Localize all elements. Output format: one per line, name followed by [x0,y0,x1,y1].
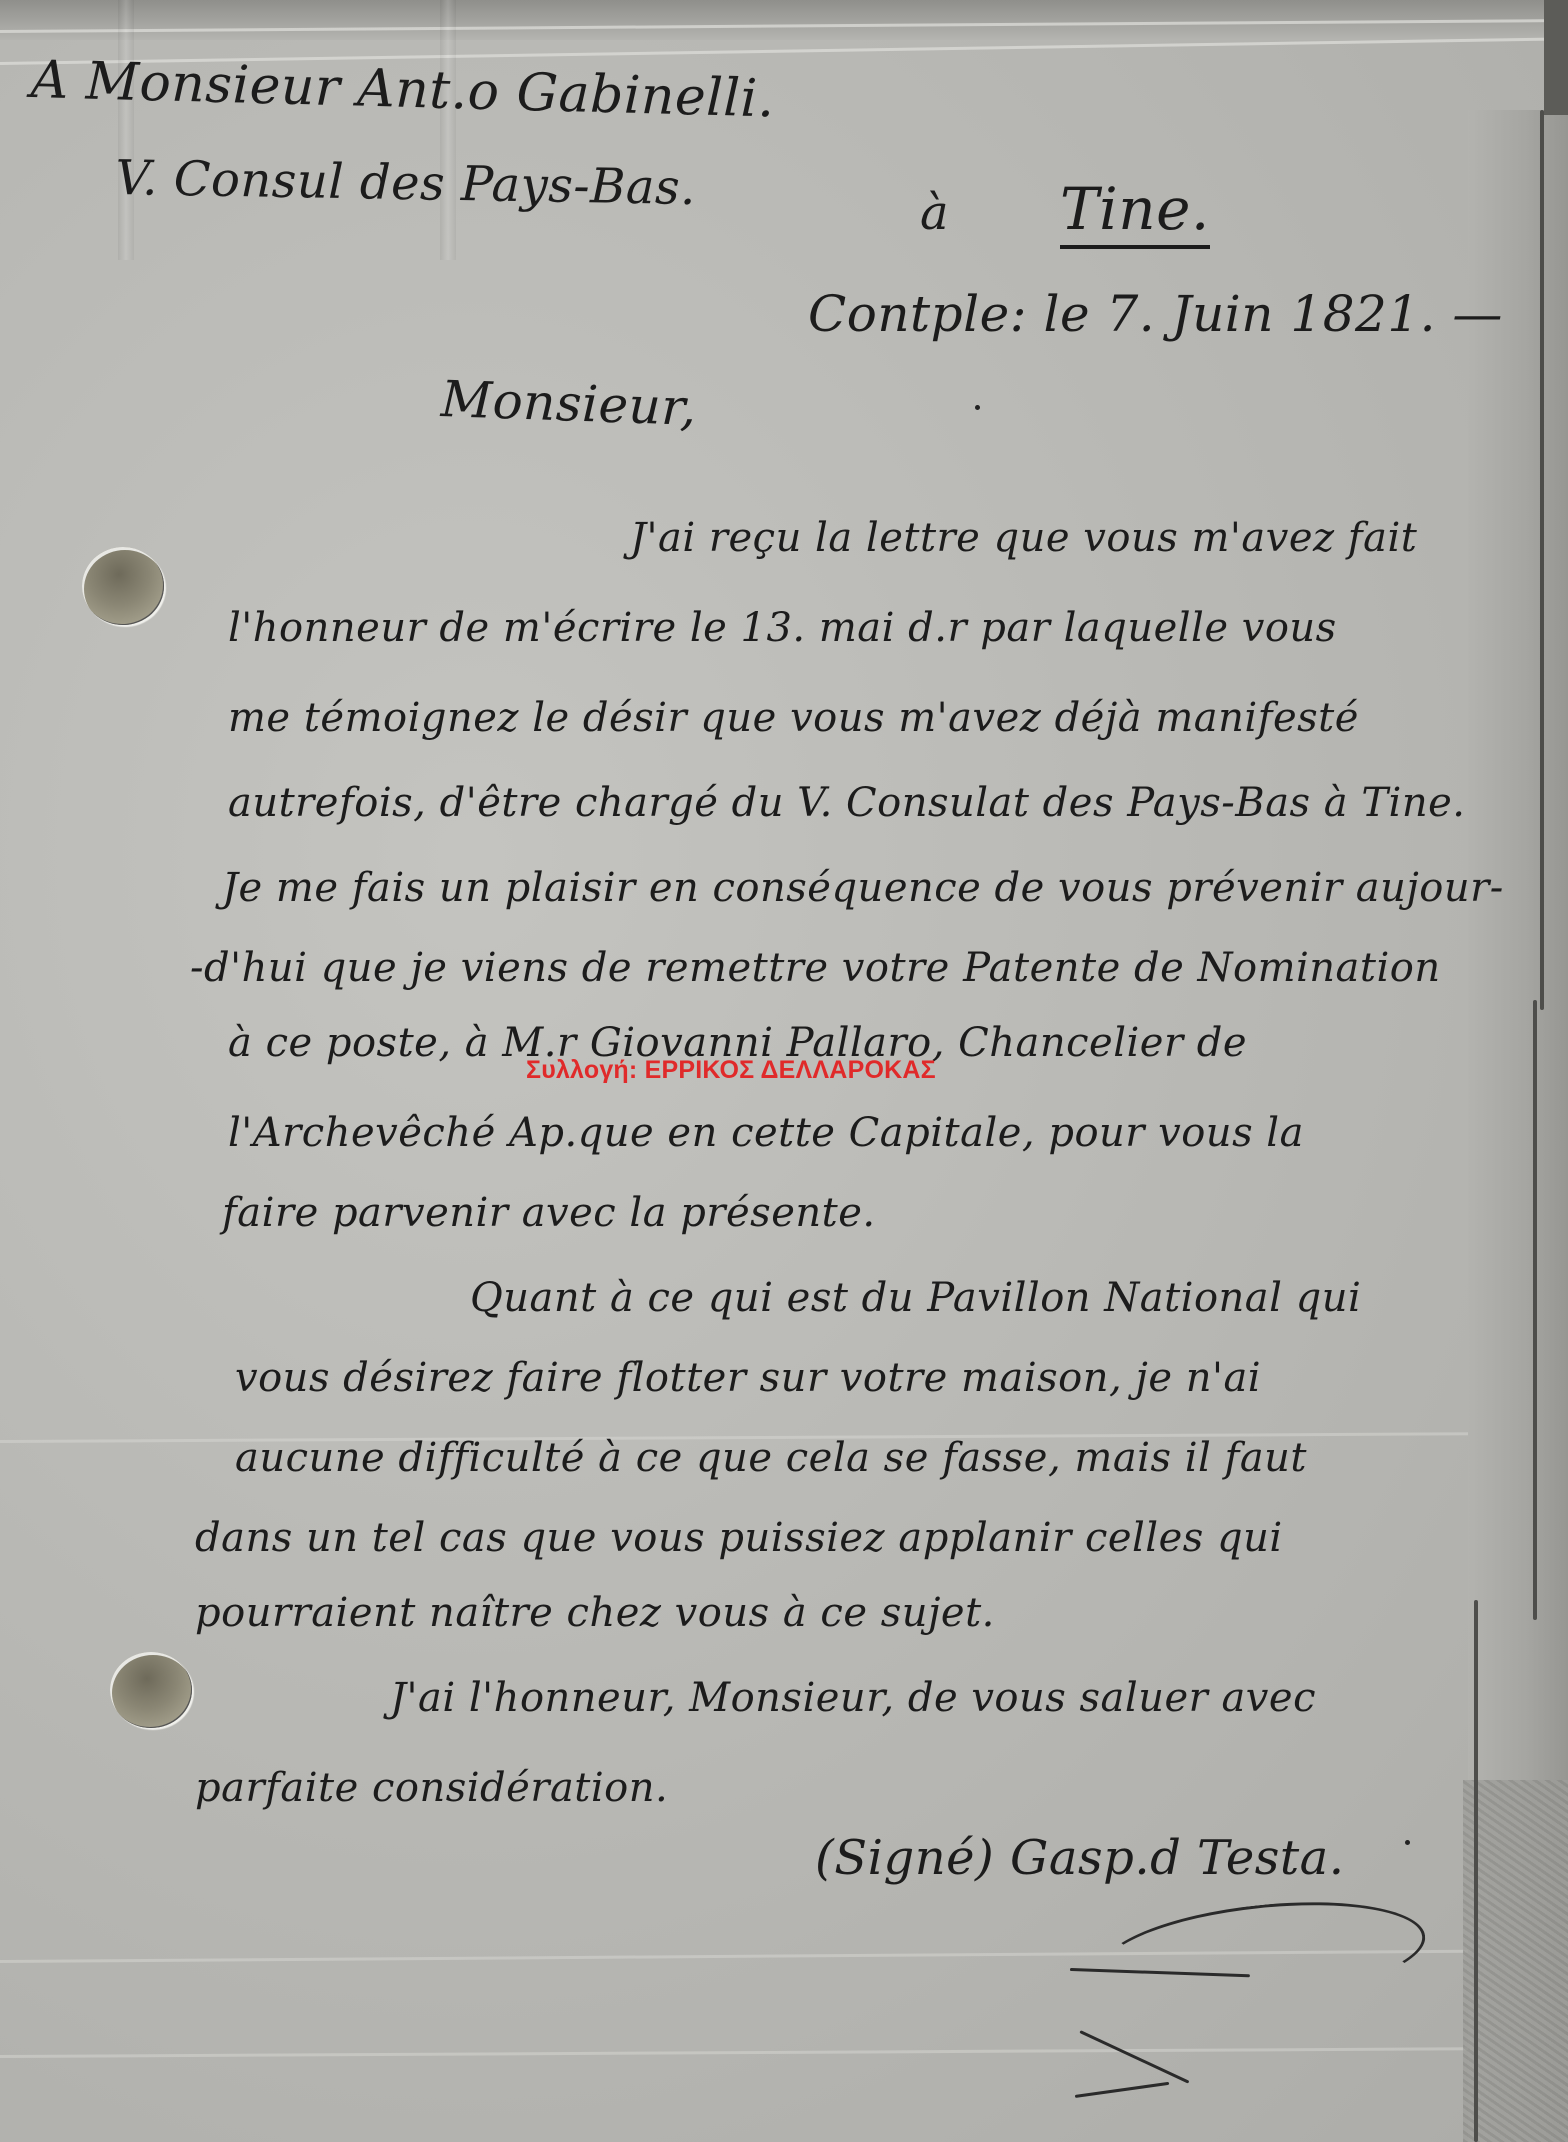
dateline: Contple: le 7. Juin 1821. — [808,285,1503,343]
ink-speck [1405,1840,1410,1845]
body-line: aucune difficulté à ce que cela se fasse… [235,1435,1307,1481]
destination-city: Tine. [1060,175,1210,249]
vertical-crease [440,0,456,260]
punch-hole-bottom [110,1652,192,1728]
ink-speck [975,405,980,410]
top-right-dark-corner [1544,0,1568,115]
closing-line: J'ai l'honneur, Monsieur, de vous saluer… [390,1675,1316,1721]
collection-watermark: Συλλογή: ΕΡΡΙΚΟΣ ΔΕΛΛΑΡΟΚΑΣ [526,1056,936,1085]
body-line: l'Archevêché Ap.que en cette Capitale, p… [228,1110,1304,1156]
address-line-2: V. Consul des Pays-Bas. [115,150,696,216]
page-edge [1533,1000,1537,1620]
closing-line: parfaite considération. [195,1765,668,1811]
vertical-crease [118,0,134,260]
body-line: vous désirez faire flotter sur votre mai… [235,1355,1261,1401]
body-line: Quant à ce qui est du Pavillon National … [470,1275,1361,1321]
body-line: me témoignez le désir que vous m'avez dé… [228,695,1359,741]
body-line: -d'hui que je viens de remettre votre Pa… [190,945,1441,991]
salutation: Monsieur, [440,370,698,437]
right-page-shadow [1463,1780,1568,2142]
page-edge [1540,110,1544,1010]
body-line: autrefois, d'être chargé du V. Consulat … [228,780,1465,826]
destination-prefix: à [920,185,949,241]
punch-hole-top [82,547,164,625]
body-line: l'honneur de m'écrire le 13. mai d.r par… [228,605,1337,651]
body-line: dans un tel cas que vous puissiez applan… [195,1515,1283,1561]
page-edge [1474,1600,1478,2142]
body-line: pourraient naître chez vous à ce sujet. [195,1590,995,1636]
body-line: J'ai reçu la lettre que vous m'avez fait [630,515,1417,561]
body-line: faire parvenir avec la présente. [222,1190,876,1236]
signature: (Signé) Gasp.d Testa. [815,1830,1345,1886]
body-line: Je me fais un plaisir en conséquence de … [222,865,1504,911]
